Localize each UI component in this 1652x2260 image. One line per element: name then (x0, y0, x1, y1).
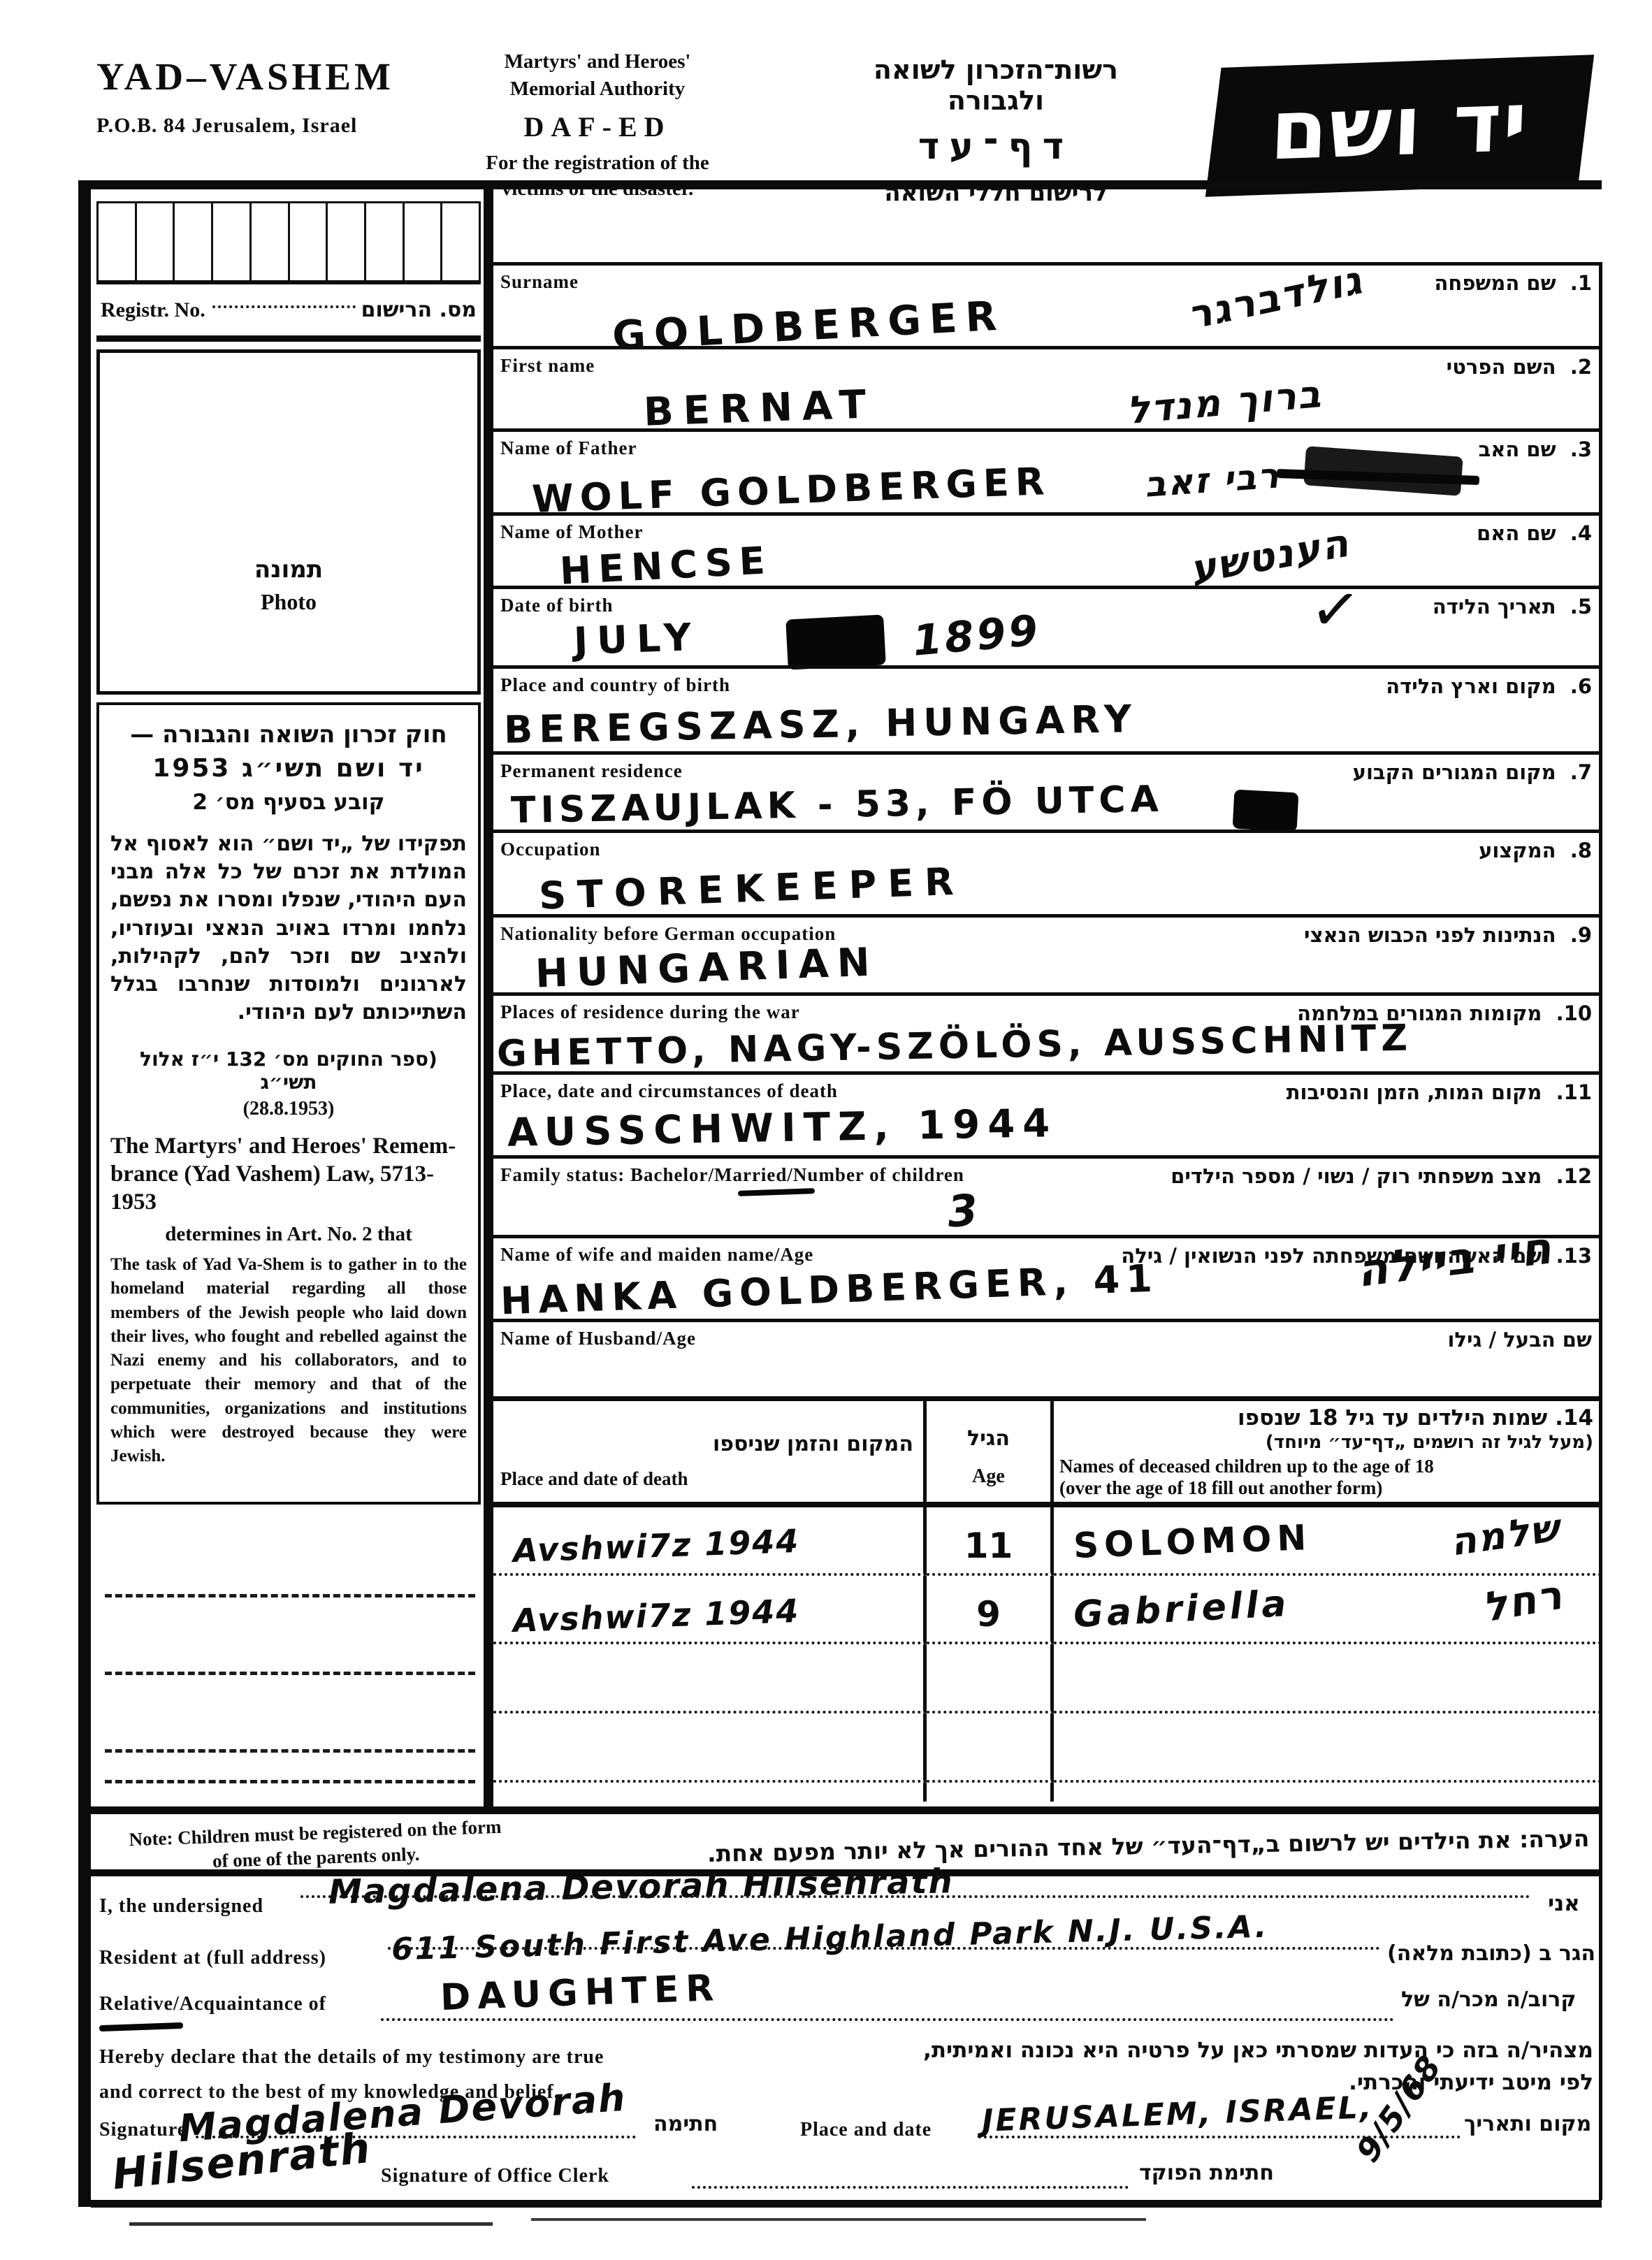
relative-label-he: קרוב/ה מכר/ה של (1401, 1987, 1576, 2012)
first-name-value-hebrew: ברוך מנדל (1125, 372, 1324, 433)
relative-value: DAUGHTER (440, 1967, 721, 2019)
first-name-label-he: 2. השם הפרטי (1447, 355, 1592, 379)
field-row-death: Place, date and circumstances of death 1… (493, 1071, 1602, 1155)
children-title-en-2: (over the age of 18 fill out another for… (1059, 1477, 1593, 1499)
yad-vashem-logo: יד ושם (1205, 55, 1594, 197)
birthplace-label-he: 6. מקום וארץ הלידה (1386, 674, 1592, 698)
occupation-label-he: 8. המקצוע (1479, 839, 1592, 862)
law-ref-1: (ספר החוקים מס׳ 132 י״ז אלול תשי״ג (110, 1048, 467, 1094)
children-subtitle-he: (מעל לגיל זה רושמים „דף־עד״ מיוחד) (1059, 1432, 1593, 1453)
note-hebrew: הערה: את הילדים יש לרשום ב„דף־העד״ של אח… (707, 1825, 1589, 1867)
field-row-residence: Permanent residence 7. מקום המגורים הקבו… (493, 751, 1602, 830)
sidebar-blank-line-3 (105, 1749, 475, 1753)
death-label-he: 11. מקום המות, הזמן והנסיבות (1287, 1080, 1592, 1104)
wife-label-en: Name of wife and maiden name/Age (500, 1244, 813, 1266)
header-authority: Martyrs' and Heroes' Memorial Authority … (444, 50, 751, 201)
nationality-label-he: 9. הנתינות לפני הכבוש הנאצי (1304, 923, 1592, 947)
registration-row: Registr. No. מס. הרישום (96, 284, 481, 342)
column-divider (484, 189, 493, 1806)
death-label-en: Place, date and circumstances of death (500, 1080, 838, 1102)
field-row-date-of-birth: Date of birth 5. תאריך הלידה JULY 1899 ✓ (493, 586, 1602, 665)
undersigned-line (300, 1895, 1530, 1898)
child-2-name-value: Gabriella (1073, 1583, 1291, 1636)
signature-label-he: חתימה (653, 2112, 718, 2136)
place-date-line (978, 2136, 1461, 2138)
law-title-3: קובע בסעיף מס׳ 2 (110, 790, 467, 815)
law-title-en-2: brance (Yad Vashem) Law, 5713- (110, 1161, 467, 1189)
child-row-3-name (1054, 1644, 1602, 1714)
he-authority: רשות־הזכרון לשואה ולגבורה (832, 55, 1160, 116)
surname-value-hebrew: גולדברגר (1184, 257, 1367, 338)
field-row-father: Name of Father 3. שם האב WOLF GOLDBERGER… (493, 428, 1602, 512)
registration-number-cells (96, 201, 481, 284)
family-status-label-he: 12. מצב משפחתי רוק / נשוי / מספר הילדים (1171, 1164, 1592, 1188)
field-row-husband: Name of Husband/Age שם הבעל / גילו (493, 1319, 1602, 1396)
children-col-place-header: המקום והזמן שניספו Place and date of dea… (493, 1401, 927, 1507)
yad-vashem-testimony-page: YAD–VASHEM P.O.B. 84 Jerusalem, Israel M… (0, 0, 1652, 2260)
mother-label-en: Name of Mother (500, 521, 643, 543)
law-text-box: חוק זכרון השואה והגבורה — יד ושם תשי״ג 1… (96, 702, 481, 1505)
age-header-en: Age (927, 1465, 1050, 1488)
field-row-family-status: Family status: Bachelor/Married/Number o… (493, 1155, 1602, 1235)
undersigned-label-he: אני (1548, 1891, 1580, 1916)
relative-underline-mark (99, 2022, 183, 2031)
husband-label-he: שם הבעל / גילו (1447, 1328, 1592, 1352)
surname-label-en: Surname (500, 271, 579, 293)
field-row-first-name: First name 2. השם הפרטי BERNAT ברוך מנדל (493, 346, 1602, 428)
birthplace-label-en: Place and country of birth (500, 674, 730, 696)
place-date-value: JERUSALEM, ISRAEL, (981, 2089, 1374, 2139)
signature-label: Signature (99, 2119, 187, 2141)
sidebar-blank-line-1 (105, 1594, 475, 1598)
photo-label-he: תמונה (100, 556, 477, 584)
place-date-label-he: מקום ותאריך (1464, 2112, 1591, 2136)
surname-label-he: 1. שם המשפחה (1434, 271, 1592, 295)
field-row-mother: Name of Mother 4. שם האם HENCSE הענטשע (493, 512, 1602, 586)
child-row-4-age (927, 1714, 1054, 1783)
father-label-he: 3. שם האב (1479, 437, 1592, 461)
law-body-he: תפקידו של „יד ושם״ הוא לאסוף אל המולדת א… (110, 830, 467, 1027)
bottom-scan-line-2 (531, 2218, 1146, 2221)
clerk-signature-line (692, 2186, 1129, 2189)
bottom-scan-line-1 (129, 2222, 493, 2226)
bottom-rule (91, 2200, 1602, 2208)
sidebar-blank-line-4 (105, 1780, 475, 1783)
resident-line (388, 1947, 1380, 1950)
law-title-en-3: 1953 (110, 1189, 467, 1217)
family-status-label-en: Family status: Bachelor/Married/Number o… (500, 1164, 964, 1186)
first-name-label-en: First name (500, 355, 595, 377)
top-rule (91, 180, 1602, 189)
field-row-war-residences: Places of residence during the war 10. מ… (493, 992, 1602, 1071)
header-org: YAD–VASHEM P.O.B. 84 Jerusalem, Israel (96, 55, 394, 138)
field-row-nationality: Nationality before German occupation 9. … (493, 914, 1602, 992)
war-residences-label-en: Places of residence during the war (500, 1001, 800, 1023)
logo-text: יד ושם (1269, 73, 1530, 178)
child-row-1-place: Avshwi7z 1944 (493, 1507, 927, 1576)
children-count-value: 3 (946, 1184, 984, 1237)
birthplace-value: BEREGSZASZ, HUNGARY (504, 697, 1138, 752)
child-2-age-value: 9 (927, 1594, 1050, 1635)
first-name-value: BERNAT (643, 382, 876, 435)
note-english: Note: Children must be registered on the… (129, 1816, 502, 1876)
child-row-4-place (493, 1714, 927, 1783)
checkmark-icon: ✓ (1307, 573, 1364, 648)
registration-value-line (212, 305, 356, 308)
law-body-en: The task of Yad Va-Shem is to gather in … (110, 1253, 467, 1468)
clerk-signature-label-he: חתימת הפוקד (1139, 2161, 1274, 2185)
dob-month-value: JULY (573, 615, 701, 663)
child-row-3-age (927, 1644, 1054, 1714)
dob-label-he: 5. תאריך הלידה (1433, 595, 1592, 618)
law-title-2: יד ושם תשי״ג 1953 (110, 754, 467, 783)
declare-en-line1: Hereby declare that the details of my te… (99, 2046, 604, 2069)
war-residences-value: GHETTO, NAGY-SZÖLÖS, AUSSCHNITZ (497, 1017, 1413, 1075)
occupation-value: STOREKEEPER (538, 859, 966, 918)
nationality-value: HUNGARIAN (535, 939, 879, 997)
married-underline-mark (738, 1188, 815, 1196)
org-name: YAD–VASHEM (96, 55, 394, 99)
dob-year-value: 1899 (911, 606, 1042, 666)
registration-label-en: Registr. No. (101, 298, 205, 322)
law-determines-en: determines in Art. No. 2 that (110, 1223, 467, 1246)
child-row-1-name: SOLOMON שלמה (1054, 1507, 1602, 1576)
authority-line1: Martyrs' and Heroes' (444, 50, 751, 73)
residence-label-en: Permanent residence (500, 760, 683, 782)
child-row-2-name: Gabriella רחל (1054, 1576, 1602, 1644)
declare-he-line2: לפי מיטב ידיעתי והכרתי. (804, 2070, 1593, 2095)
form-code: DAF-ED (444, 110, 751, 143)
org-address: P.O.B. 84 Jerusalem, Israel (96, 114, 394, 138)
field-row-occupation: Occupation 8. המקצוע STOREKEEPER (493, 830, 1602, 914)
wife-value: HANKA GOLDBERGER, 41 (500, 1256, 1159, 1324)
children-title-he: 14. שמות הילדים עד גיל 18 שנספו (1059, 1405, 1593, 1430)
children-title-en-1: Names of deceased children up to the age… (1059, 1456, 1593, 1477)
child-1-name-value: SOLOMON (1073, 1517, 1312, 1566)
relative-line (381, 2018, 1394, 2021)
child-row-2-place: Avshwi7z 1944 (493, 1576, 927, 1644)
child-1-age-value: 11 (927, 1526, 1050, 1566)
residence-redaction-mark (1233, 790, 1299, 832)
place-death-header-en: Place and date of death (500, 1468, 688, 1490)
child-1-place-value: Avshwi7z 1944 (512, 1522, 800, 1570)
resident-label-he: הגר ב (כתובת מלאה) (1387, 1941, 1595, 1966)
child-2-place-value: Avshwi7z 1944 (512, 1592, 800, 1639)
children-table: המקום והזמן שניספו Place and date of dea… (493, 1396, 1602, 1802)
child-row-1-age: 11 (927, 1507, 1054, 1576)
residence-label-he: 7. מקום המגורים הקבוע (1353, 760, 1592, 784)
children-col-names-header: 14. שמות הילדים עד גיל 18 שנספו (מעל לגי… (1054, 1401, 1602, 1507)
child-row-3-place (493, 1644, 927, 1714)
field-row-surname: Surname 1. שם המשפחה GOLDBERGER גולדברגר (493, 262, 1602, 346)
form-fields: Surname 1. שם המשפחה GOLDBERGER גולדברגר… (493, 262, 1602, 1802)
purpose-line1: For the registration of the (444, 152, 751, 175)
place-death-header-he: המקום והזמן שניספו (713, 1432, 913, 1456)
child-row-4-name (1054, 1714, 1602, 1783)
law-title-1: חוק זכרון השואה והגבורה — (110, 720, 467, 748)
photo-box: תמונה Photo (96, 349, 481, 695)
father-value-hebrew: רבי זאב (1144, 455, 1282, 505)
left-border-bar (78, 180, 91, 2207)
nationality-label-en: Nationality before German occupation (500, 923, 836, 945)
resident-value: 611 South First Ave Highland Park N.J. U… (391, 1909, 1269, 1968)
law-ref-2: (28.8.1953) (110, 1098, 467, 1120)
child-1-name-hebrew: שלמה (1447, 1505, 1563, 1564)
occupation-label-en: Occupation (500, 839, 601, 860)
signature-line (196, 2136, 636, 2138)
clerk-signature-label: Signature of Office Clerk (381, 2165, 609, 2187)
relative-label: Relative/Acquaintance of (99, 1993, 326, 2015)
registration-label-he: מס. הרישום (361, 298, 477, 322)
husband-label-en: Name of Husband/Age (500, 1328, 696, 1349)
child-2-name-hebrew: רחל (1479, 1570, 1567, 1631)
children-col-age-header: הגיל Age (927, 1401, 1054, 1507)
undersigned-label: I, the undersigned (99, 1895, 263, 1918)
resident-label: Resident at (full address) (99, 1947, 326, 1969)
child-row-2-age: 9 (927, 1576, 1054, 1644)
he-form-code: דף־עד (832, 126, 1160, 168)
place-date-label: Place and date (800, 2119, 932, 2141)
dob-redaction-mark (785, 614, 886, 669)
residence-value: TISZAUJLAK - 53, FÖ UTCA (511, 778, 1164, 832)
death-value: AUSSCHWITZ, 1944 (507, 1101, 1057, 1156)
sidebar-blank-line-2 (105, 1672, 475, 1675)
field-row-wife: Name of wife and maiden name/Age 13. שם … (493, 1235, 1602, 1319)
age-header-he: הגיל (927, 1426, 1050, 1451)
authority-line2: Memorial Authority (444, 78, 751, 101)
photo-label-en: Photo (100, 589, 477, 615)
mother-label-he: 4. שם האם (1477, 521, 1592, 545)
field-row-birthplace: Place and country of birth 6. מקום וארץ … (493, 665, 1602, 751)
declare-he-line1: מצהיר/ה בזה כי העדות שמסרתי כאן על פרטיה… (804, 2038, 1593, 2063)
dob-label-en: Date of birth (500, 595, 613, 616)
father-label-en: Name of Father (500, 437, 637, 459)
law-title-en-1: The Martyrs' and Heroes' Remem- (110, 1133, 467, 1161)
